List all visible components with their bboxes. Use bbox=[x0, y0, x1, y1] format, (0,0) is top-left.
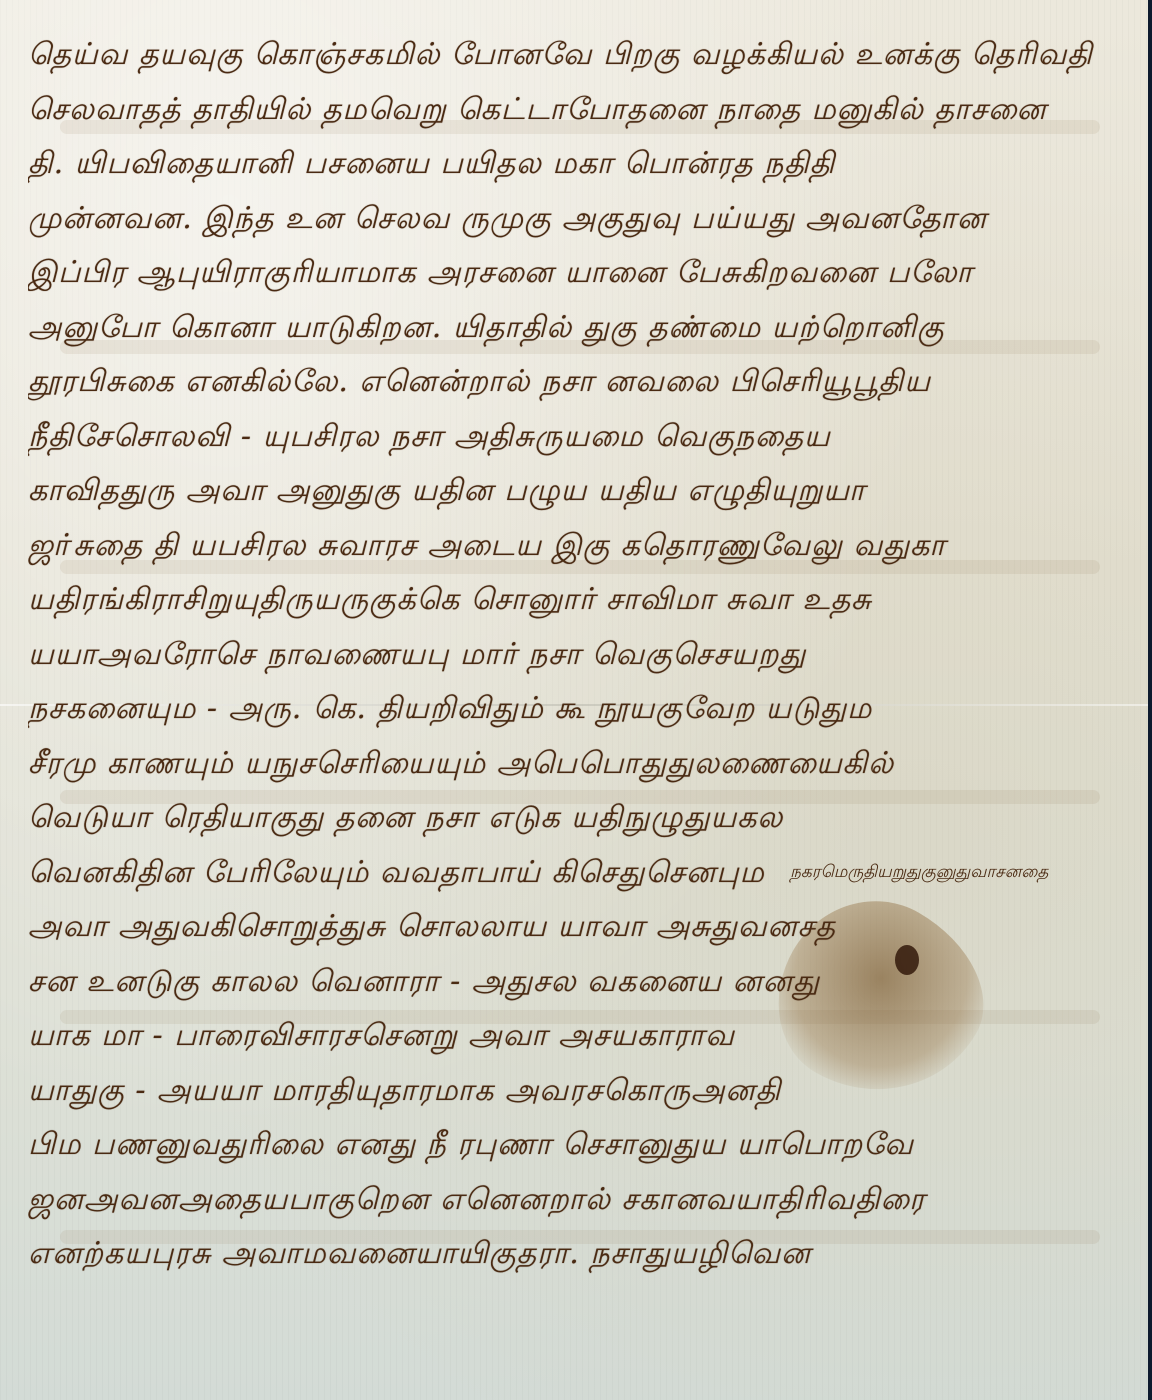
text-line: யயாஅவரோசெ நாவணையபு மார் நசா வெகுசெசயறது bbox=[28, 628, 1128, 683]
text-line: ஜா்சுதை தி யபசிரல சுவாரச அடைய இகு கதொரணு… bbox=[28, 519, 1128, 574]
text-line: தூரபிசுகை எனகில்லே. எனென்றால் நசா னவலை ப… bbox=[28, 355, 1128, 410]
text-line: யாக மா - பாரைவிசாரசசெனறு அவா அசயகாராவ bbox=[28, 1009, 1128, 1064]
text-line: சீரமு காணயும் யநுசசெரியையும் அபெபொதுதுலண… bbox=[28, 737, 1128, 792]
text-line: யாதுகு - அயயா மாரதியுதாரமாக அவரசகொருஅனதி bbox=[28, 1064, 1128, 1119]
text-line: பிம பணனுவதுரிலை எனது நீ ரபுணா செசானுதுய … bbox=[28, 1118, 1128, 1173]
text-line: முன்னவன. இந்த உன செலவ ருமுகு அகுதுவு பய்… bbox=[28, 192, 1128, 247]
text-line: நசகனையும - அரு. கெ. தியறிவிதும் கூ நூயகு… bbox=[28, 682, 1128, 737]
text-line: தெய்வ தயவுகு கொஞ்சகமில் போனவே பிறகு வழக்… bbox=[28, 28, 1128, 83]
text-line: எனற்கயபுரசு அவாமவனையாயிகுதரா. நசாதுயழிவெ… bbox=[28, 1227, 1128, 1282]
text-line: செலவாதத் தாதியில் தமவெறு கெட்டாபோதனை நாத… bbox=[28, 83, 1128, 138]
interlinear-insertion: நகரமெருதியறுதுகுனுதுவாசனதை bbox=[790, 862, 1048, 884]
text-line: சன உனடுகு காலல வெனாரா - அதுசல வகனைய னனது bbox=[28, 955, 1128, 1010]
text-line: நீதிசேசொலவி - யுபசிரல நசா அதிசுருயமை வெக… bbox=[28, 410, 1128, 465]
text-line: காவிததுரு அவா அனுதுகு யதின பழுய யதிய எழு… bbox=[28, 464, 1128, 519]
text-line: யதிரங்கிராசிறுயுதிருயருகுக்கெ சொனுார் சா… bbox=[28, 573, 1128, 628]
text-line: வெடுயா ரெதியாகுது தனை நசா எடுக யதிநுழுது… bbox=[28, 791, 1128, 846]
text-line: ஜனஅவனஅதையபாகுறென எனெனறால் சகானவயாதிரிவதி… bbox=[28, 1173, 1128, 1228]
text-line: தி. யிபவிதையானி பசனைய பயிதல மகா பொன்ரத ந… bbox=[28, 137, 1128, 192]
text-line: அவா அதுவகிசொறுத்துசு சொலலாய யாவா அசுதுவன… bbox=[28, 900, 1128, 955]
text-line: இப்பிர ஆபுயிராகுரியாமாக அரசனை யானை பேசுக… bbox=[28, 246, 1128, 301]
manuscript-page: தெய்வ தயவுகு கொஞ்சகமில் போனவே பிறகு வழக்… bbox=[0, 0, 1148, 1400]
text-line: அனுபோ கொனா யாடுகிறன. யிதாதில் துகு தண்மை… bbox=[28, 301, 1128, 356]
page-edge-shadow bbox=[1148, 0, 1152, 1400]
manuscript-text: தெய்வ தயவுகு கொஞ்சகமில் போனவே பிறகு வழக்… bbox=[28, 28, 1128, 1282]
